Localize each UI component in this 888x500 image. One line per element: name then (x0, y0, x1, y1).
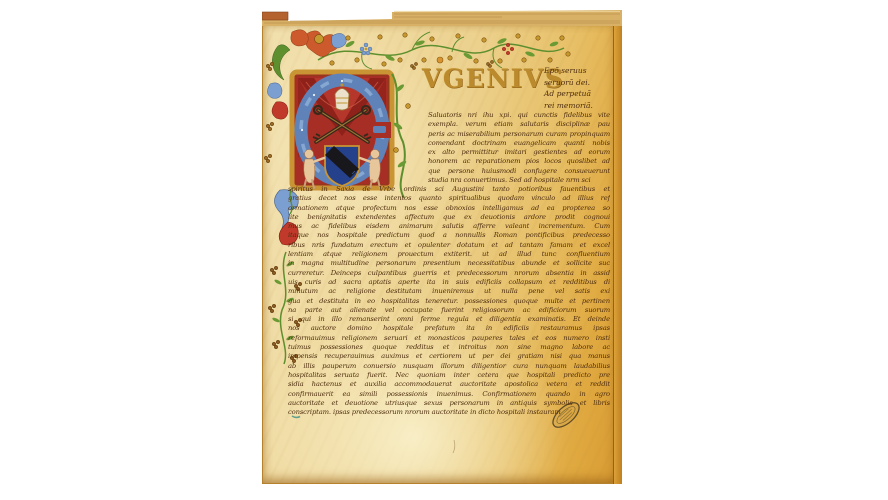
text-line: exempla. verum etiam salutaris disciplin… (428, 120, 610, 129)
text-block: VGENIVS Epõ seruus seruorũ dei. Ad perpe… (262, 8, 622, 484)
text-line: ab illis pauperum conuersio nusquam illo… (288, 362, 610, 371)
text-line: ex alto permittitur imitari gestientes a… (428, 148, 610, 157)
text-line: Saluatoris nri ihu xpi. qui cunctis fide… (428, 111, 610, 120)
text-line: confirmauerit ea simili possessionis inu… (288, 390, 610, 399)
text-line: studia nra conuertimus. Sed ad hospitale… (428, 176, 610, 185)
manuscript-page: VGENIVS Epõ seruus seruorũ dei. Ad perpe… (262, 8, 622, 484)
text-line: reformauimus religionem seruari et monas… (288, 334, 610, 343)
text-line: auctoritate et deuotione utriusque sexus… (288, 399, 610, 408)
text-line: uis curis ad sacra aptatis aperte ita in… (288, 278, 610, 287)
text-line: impensis recuperauimus auximus et certio… (288, 352, 610, 361)
text-line: sidia hactenus et auxilia accommodauerat… (288, 380, 610, 389)
text-line: itaque nos hospitale predictum quod a no… (288, 231, 610, 240)
text-line: comendant doctrinam euangelicam quanti n… (428, 139, 610, 148)
text-line: ribus nris fundatum erectum et opulenter… (288, 241, 610, 250)
text-line: peris ac miserabilium personarum curam p… (428, 130, 610, 139)
text-line: gua et destituta in eo hospitalitas tene… (288, 297, 610, 306)
incipit-display-name: VGENIVS (422, 63, 564, 94)
text-line: in magna multitudine personarum presenti… (288, 259, 610, 268)
byline-line: rei memoriã. (544, 100, 616, 112)
text-line: conscriptam. ipsas predecessorum nrorum … (288, 408, 610, 417)
text-line: hospitalitas seruata fuerit. Nec quoniam… (288, 371, 610, 380)
byline-line: Epõ seruus (544, 65, 616, 77)
text-line: spiritus in Saxia de Vrbe ordinis sci Au… (288, 185, 610, 194)
text-line: tuimus possessiones quoque redditus et i… (288, 343, 610, 352)
text-line: lite benignitatis extendentes affectum q… (288, 213, 610, 222)
papal-title-lines: Epõ seruus seruorũ dei. Ad perpetuã rei … (544, 65, 616, 111)
text-line: que persone huiusmodi confugere consueue… (428, 167, 610, 176)
screenshot-canvas: VGENIVS Epõ seruus seruorũ dei. Ad perpe… (0, 0, 888, 500)
text-line: na parte aut alienate vel occupate fueri… (288, 306, 610, 315)
text-line: curreretur. Deinceps culpantibus guerris… (288, 269, 610, 278)
text-line: minutum ac religione destitutam inuenire… (288, 287, 610, 296)
text-line: lentiam atque religionem prouectum extit… (288, 250, 610, 259)
text-line: si qui in illo remanserint omni ferme re… (288, 315, 610, 324)
text-column-beside-initial: Saluatoris nri ihu xpi. qui cunctis fide… (428, 111, 610, 185)
text-column-full-width: spiritus in Saxia de Vrbe ordinis sci Au… (288, 185, 610, 417)
byline-line: Ad perpetuã (544, 88, 616, 100)
text-line: gratius decet nos esse intentos quanto s… (288, 194, 610, 203)
text-line: ormationem atque profectum nos esse obno… (288, 204, 610, 213)
text-line: mus ac fidelibus eisdem animarum salutis… (288, 222, 610, 231)
text-line: honorem ac reparationem pios locos quosl… (428, 157, 610, 166)
byline-line: seruorũ dei. (544, 77, 616, 89)
text-line: nos auctore domino hospitale prefatum it… (288, 324, 610, 333)
